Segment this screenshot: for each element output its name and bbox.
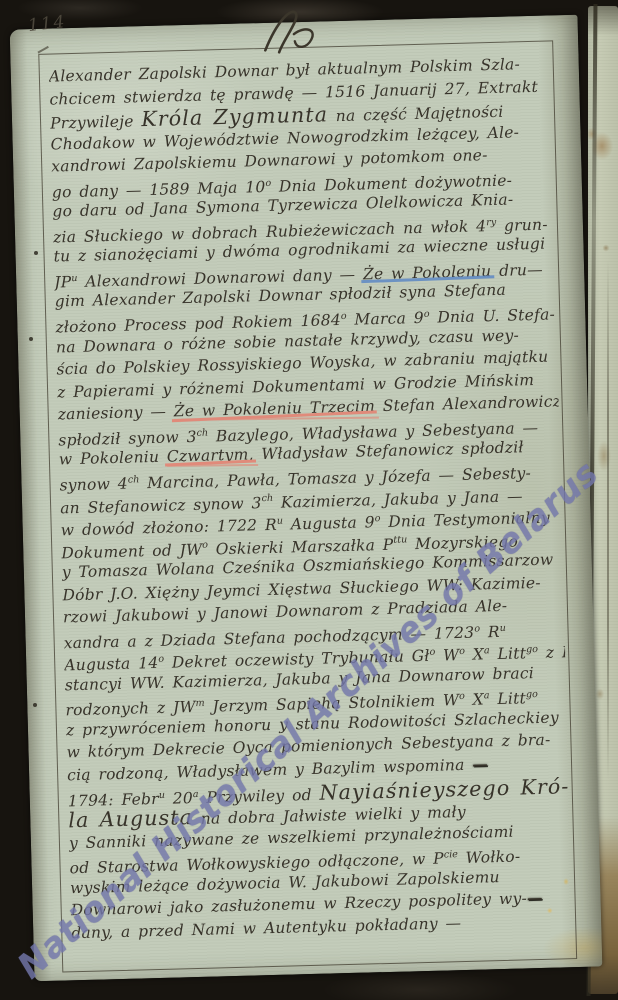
text-segment: Króla Zygmunta xyxy=(141,102,328,131)
text-segment: z In- xyxy=(538,643,573,662)
manuscript-text: Alexander Zapolski Downar był aktualnym … xyxy=(49,52,574,971)
text-segment: o xyxy=(459,691,465,702)
text-segment: cie xyxy=(444,849,458,860)
text-segment: Stefan Alexandrowicz xyxy=(375,392,562,415)
ruled-border: Alexander Zapolski Downar był aktualnym … xyxy=(38,40,577,972)
text-segment: Mozyrskiego xyxy=(407,532,518,553)
manuscript-page: Alexander Zapolski Downar był aktualnym … xyxy=(10,15,603,982)
text-segment: Przywiley od xyxy=(198,785,319,806)
text-segment: w Pokoleniu xyxy=(59,448,167,469)
text-segment: spłodził synow 3 xyxy=(58,428,197,450)
text-segment: Że w Pokoleniu Trzecim xyxy=(174,397,376,420)
text-segment: ch xyxy=(196,427,208,438)
text-segment: JP xyxy=(54,273,72,291)
page-number: 114 xyxy=(27,12,67,36)
text-segment: go xyxy=(526,689,538,700)
text-segment: Że w Pokoleniu xyxy=(363,262,492,283)
text-segment: u xyxy=(500,622,506,633)
text-segment: Augusta 9 xyxy=(283,513,375,533)
text-segment: Czwartym, xyxy=(167,446,254,466)
text-segment: go xyxy=(526,644,538,655)
ink-flourish-icon xyxy=(254,0,331,67)
ink-dot xyxy=(34,251,38,255)
text-segment: ch xyxy=(261,493,273,504)
text-segment: ch xyxy=(128,474,140,485)
text-segment: Augusta 14 xyxy=(64,654,159,674)
text-segment: Litt xyxy=(490,645,527,664)
text-segment: synow 4 xyxy=(59,475,128,495)
ink-dot xyxy=(33,703,37,707)
text-segment: R xyxy=(480,623,500,642)
text-segment: a xyxy=(484,645,490,656)
text-segment: zaniesiony — xyxy=(57,403,174,424)
ink-dot xyxy=(29,337,33,341)
text-segment: — xyxy=(527,888,543,907)
text-segment: dru— xyxy=(491,261,543,280)
text-segment: ttu xyxy=(393,535,407,546)
text-segment: Przywileje xyxy=(50,112,142,132)
text-segment: o xyxy=(474,623,480,634)
text-segment: W xyxy=(435,646,459,665)
text-segment: Marca 9 xyxy=(346,309,424,329)
binding-crease-thin xyxy=(607,260,609,780)
text-segment: grun- xyxy=(496,216,548,235)
text-segment: la Augusta xyxy=(68,805,193,832)
text-segment: — xyxy=(472,754,488,773)
text-segment: X xyxy=(465,691,484,709)
text-segment: Dnia U. Stefa- xyxy=(429,306,555,327)
text-segment: Wołko- xyxy=(458,848,521,868)
text-segment: Litt xyxy=(489,690,526,709)
text-segment: Dokument od JW xyxy=(61,540,202,562)
photo-backdrop: Alexander Zapolski Downar był aktualnym … xyxy=(0,0,618,1000)
text-segment: X xyxy=(465,646,484,664)
